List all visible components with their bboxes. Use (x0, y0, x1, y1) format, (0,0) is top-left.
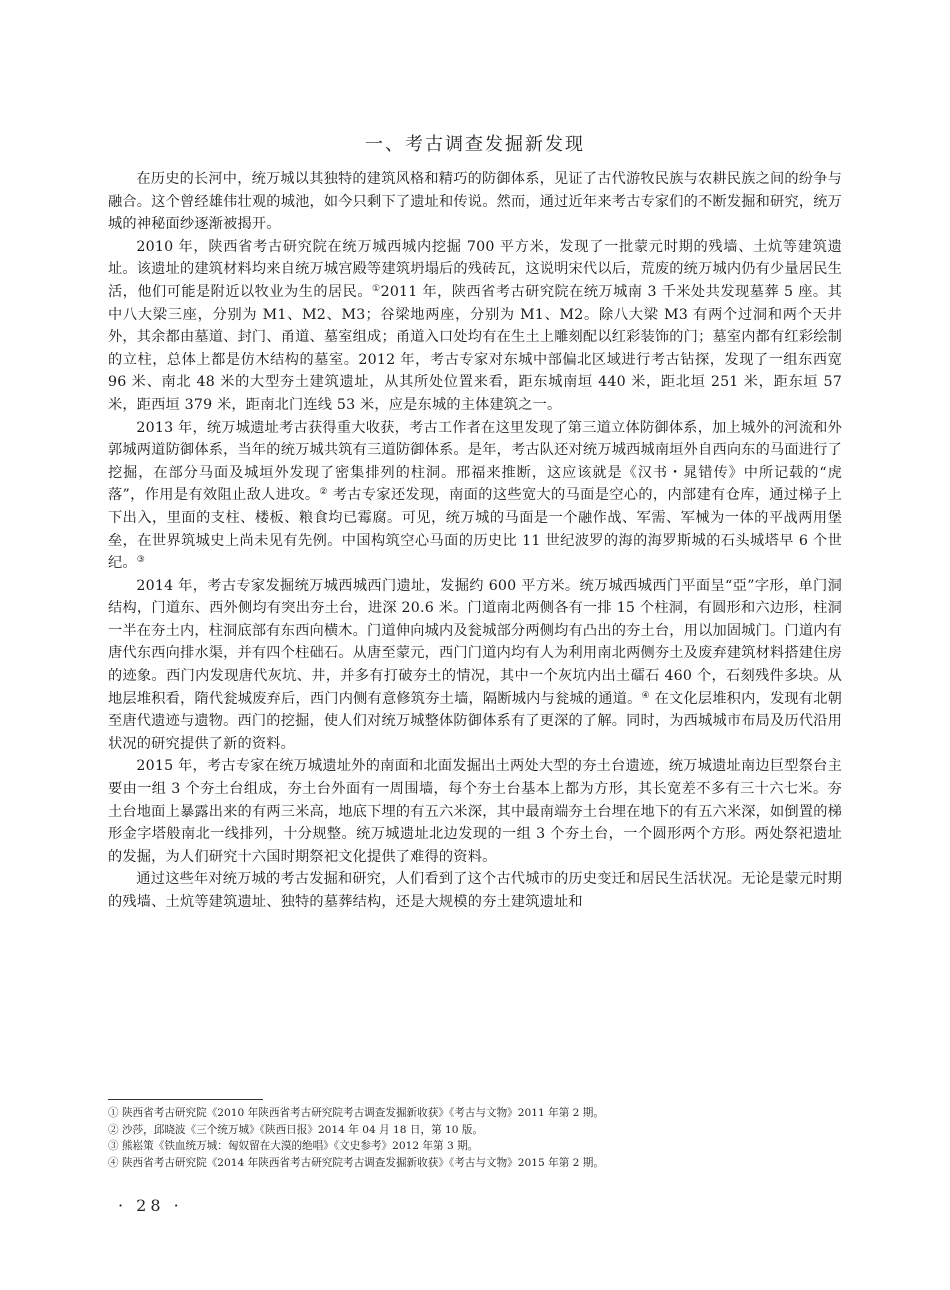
document-page: 一、考古调查发掘新发现 在历史的长河中，统万城以其独特的建筑风格和精巧的防御体系… (0, 0, 950, 1290)
footnote-2: ② 沙莎，邱晓波《三个统万城》《陕西日报》2014 年 04 月 18 日，第 … (108, 1122, 842, 1139)
paragraph-text: 2014 年，考古专家发掘统万城西城西门遗址，发掘约 600 平方米。统万城西城… (108, 578, 842, 707)
paragraph-text: 2011 年，陕西省考古研究院在统万城南 3 千米处共发现墓葬 5 座。其中八大… (108, 284, 842, 413)
paragraph-2014: 2014 年，考古专家发掘统万城西城西门遗址，发掘约 600 平方米。统万城西城… (108, 575, 842, 756)
paragraph-conclusion: 通过这些年对统万城的考古发掘和研究，人们看到了这个古代城市的历史变迁和居民生活状… (108, 868, 842, 913)
paragraph-2010-2012: 2010 年，陕西省考古研究院在统万城西城内挖掘 700 平方米，发现了一批蒙元… (108, 236, 842, 417)
footnotes: ① 陕西省考古研究院《2010 年陕西省考古研究院考古调查发掘新收获》《考古与文… (108, 1105, 842, 1171)
footnote-ref-4[interactable]: ④ (642, 691, 650, 701)
footnote-ref-1[interactable]: ① (372, 284, 381, 294)
footnote-ref-3[interactable]: ③ (137, 555, 145, 565)
footnote-divider (108, 1099, 263, 1100)
paragraph-text: 2015 年，考古专家在统万城遗址外的南面和北面发掘出土两处大型的夯土台遗迹，统… (108, 758, 842, 864)
section-title: 一、考古调查发掘新发现 (0, 130, 950, 156)
page-number: · 28 · (118, 1196, 183, 1215)
footnote-1: ① 陕西省考古研究院《2010 年陕西省考古研究院考古调查发掘新收获》《考古与文… (108, 1105, 842, 1122)
body-text: 在历史的长河中，统万城以其独特的建筑风格和精巧的防御体系，见证了古代游牧民族与农… (108, 168, 842, 914)
footnote-3: ③ 熊崧策《铁血统万城：匈奴留在大漠的绝唱》《文史参考》2012 年第 3 期。 (108, 1138, 842, 1155)
paragraph-text: 通过这些年对统万城的考古发掘和研究，人们看到了这个古代城市的历史变迁和居民生活状… (108, 871, 842, 910)
paragraph-2015: 2015 年，考古专家在统万城遗址外的南面和北面发掘出土两处大型的夯土台遗迹，统… (108, 755, 842, 868)
footnote-ref-2[interactable]: ② (319, 487, 327, 497)
paragraph-text: 在历史的长河中，统万城以其独特的建筑风格和精巧的防御体系，见证了古代游牧民族与农… (108, 171, 842, 232)
paragraph-2013: 2013 年，统万城遗址考古获得重大收获，考古工作者在这里发现了第三道立体防御体… (108, 417, 842, 575)
paragraph-intro: 在历史的长河中，统万城以其独特的建筑风格和精巧的防御体系，见证了古代游牧民族与农… (108, 168, 842, 236)
footnote-4: ④ 陕西省考古研究院《2014 年陕西省考古研究院考古调查发掘新收获》《考古与文… (108, 1155, 842, 1172)
